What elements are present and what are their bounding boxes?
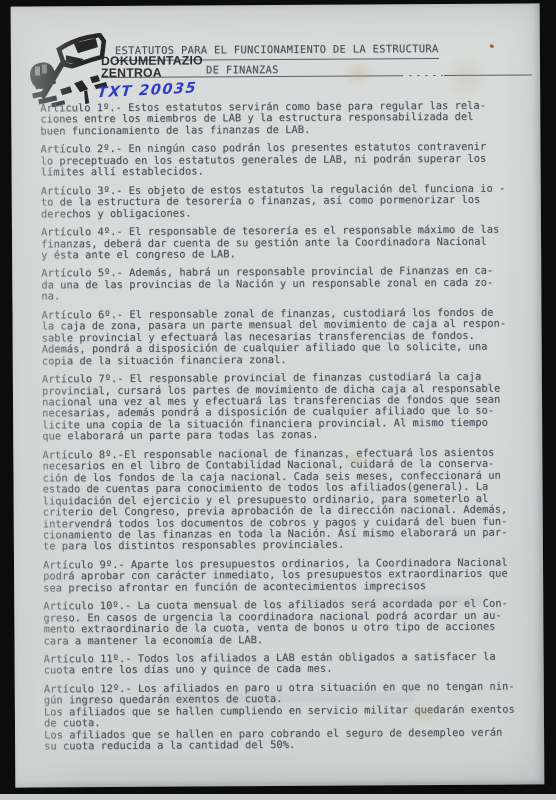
article-paragraph: Artículo 10º.- La cuota mensual de los a… <box>43 599 538 648</box>
archive-stamp: DOKUMENTAZIO ZENTROA <box>101 54 203 79</box>
article-line: te para los distintos responsables provi… <box>43 539 538 553</box>
article-paragraph: Artículo 12º.- Los afiliados en paro u o… <box>44 681 539 753</box>
paper-stain <box>443 52 489 102</box>
article-paragraph: Artículo 7º.- El responsable provincial … <box>42 371 537 443</box>
article-paragraph: Artículo 8º.-El responsable nacional de … <box>42 447 538 553</box>
handwritten-reference: TXT 20035 <box>96 80 197 101</box>
article-paragraph: Artículo 2º.- En ningún caso podrán los … <box>40 142 535 179</box>
document-page: ESTATUTOS PARA EL FUNCIONAMIENTO DE LA E… <box>11 3 545 787</box>
article-line: y ésta ante el congreso de LAB. <box>41 247 536 261</box>
article-paragraph: Artículo 5º.- Además, habrá un responsab… <box>41 266 536 303</box>
article-line: buen funcionamiento de las finanzas de L… <box>40 123 535 137</box>
article-paragraph: Artículo 6º.- El responsable zonal de fi… <box>41 307 536 367</box>
ink-speck <box>489 44 494 48</box>
article-paragraph: Artículo 11º.- Todos los afiliados a LAB… <box>44 651 539 677</box>
article-line: derechos y obligaciones. <box>41 206 536 220</box>
scanner-edge-strip <box>0 794 556 800</box>
article-line: su cuota reducida a la cantidad del 50%. <box>44 739 539 753</box>
article-line: que elaborará un parte para todas las zo… <box>42 429 537 443</box>
article-line: cara a mantener la economía de LAB. <box>43 633 538 647</box>
article-line: sea preciso afrontar en función de acont… <box>43 580 538 594</box>
form-underline-right <box>444 74 532 76</box>
scanned-document-view: { "header": { "title_line1": "ESTATUTOS … <box>0 0 556 800</box>
form-underline-dots <box>409 75 443 76</box>
article-paragraph: Artículo 1º.- Estos estatutos servirán c… <box>40 100 535 137</box>
paper-stain <box>341 59 375 87</box>
document-title-line2: DE FINANZAS <box>206 64 279 76</box>
article-line: copia de la situación financiera zonal. <box>42 353 537 367</box>
article-paragraph: Artículo 9º.- Aparte los presupuestos or… <box>43 557 538 594</box>
archive-stamp-line2: ZENTROA <box>101 66 203 79</box>
article-line: cuota entre los días uno y quince de cad… <box>44 663 539 677</box>
article-paragraph: Artículo 3º.- Es objeto de estos estatut… <box>41 183 536 220</box>
articles: Artículo 1º.- Estos estatutos servirán c… <box>40 100 539 760</box>
article-paragraph: Artículo 4º.- El responsable de tesorerí… <box>41 224 536 261</box>
article-line: límites allí establecidos. <box>41 165 536 179</box>
